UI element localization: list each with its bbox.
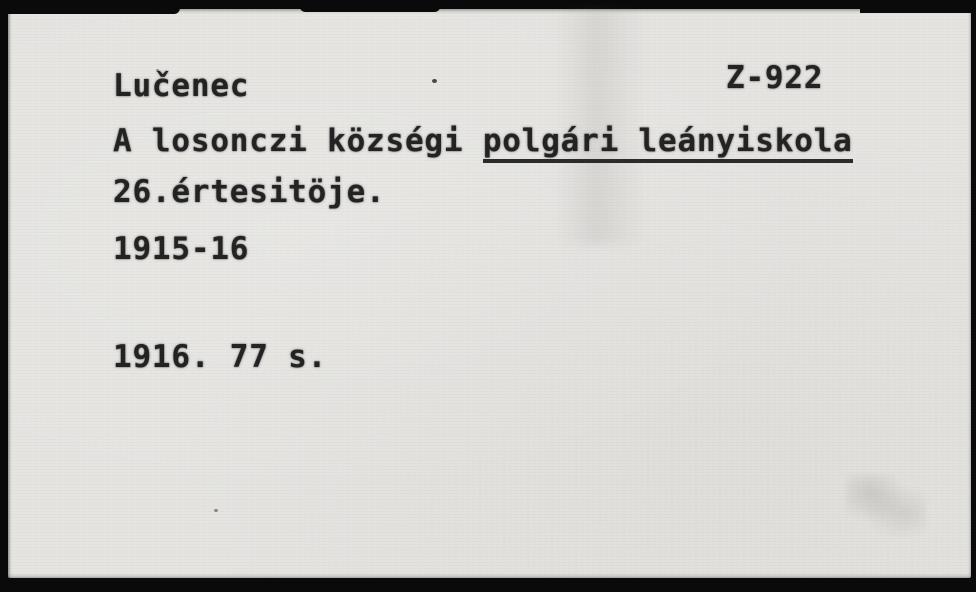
years-line: 1915-16 [113,234,249,265]
scan-speck [432,79,437,83]
call-number: Z-922 [726,63,823,94]
title-underlined: polgári leányiskola [483,123,853,163]
catalog-card: Lučenec Z-922 A losonczi községi polgári… [8,9,971,578]
imprint-line: 1916. 77 s. [113,342,327,373]
title-prefix: A losonczi községi [113,123,483,159]
title-line: A losonczi községi polgári leányiskola [113,126,853,157]
volume-line: 26.értesitöje. [113,177,386,208]
city-heading: Lučenec [113,71,249,102]
pencil-smudge [846,475,926,537]
scan-speck [214,509,218,512]
